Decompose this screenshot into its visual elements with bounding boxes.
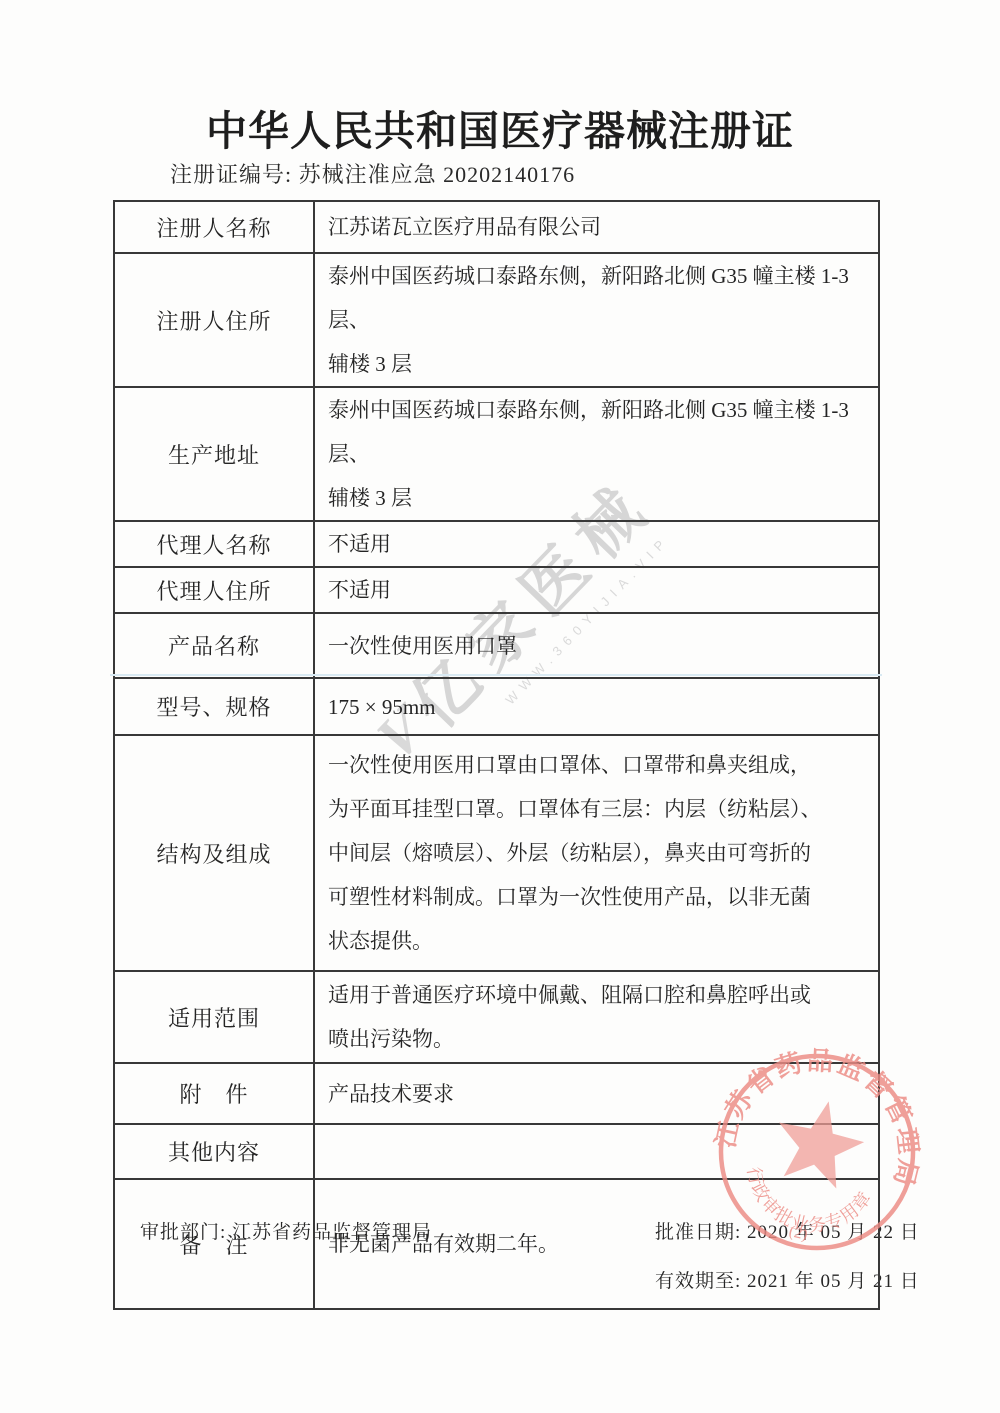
row-value-line: 175 × 95mm (328, 685, 868, 729)
row-label: 附 件 (114, 1063, 314, 1124)
row-value-line: 不适用 (328, 522, 868, 566)
row-label: 其他内容 (114, 1124, 314, 1179)
table-row: 注册人住所泰州中国医药城口泰路东侧，新阳路北侧 G35 幢主楼 1-3 层、辅楼… (114, 253, 879, 387)
document-title: 中华人民共和国医疗器械注册证 (0, 98, 1000, 157)
official-seal: 江苏省药品监督管理局 行政审批业务专用章 (2) (682, 1015, 952, 1285)
row-label: 代理人名称 (114, 521, 314, 567)
scan-artifact-line (110, 674, 882, 676)
row-value: 江苏诺瓦立医疗用品有限公司 (314, 201, 879, 253)
seal-star-icon (767, 1092, 871, 1193)
table-row: 结构及组成一次性使用医用口罩由口罩体、口罩带和鼻夹组成，为平面耳挂型口罩。口罩体… (114, 735, 879, 971)
row-value: 一次性使用医用口罩 (314, 613, 879, 678)
row-value-line: 泰州中国医药城口泰路东侧，新阳路北侧 G35 幢主楼 1-3 层、 (328, 388, 868, 476)
row-value-line: 一次性使用医用口罩由口罩体、口罩带和鼻夹组成， (328, 743, 868, 787)
row-value-line: 辅楼 3 层 (328, 476, 868, 520)
row-label: 注册人住所 (114, 253, 314, 387)
row-value-line: 辅楼 3 层 (328, 342, 868, 386)
row-value: 不适用 (314, 567, 879, 613)
row-value: 不适用 (314, 521, 879, 567)
row-label: 备 注 (114, 1179, 314, 1309)
row-value-line: 可塑性材料制成。口罩为一次性使用产品，以非无菌 (328, 875, 868, 919)
table-row: 代理人名称不适用 (114, 521, 879, 567)
certificate-page: { "document": { "title": "中华人民共和国医疗器械注册证… (0, 0, 1000, 1413)
row-value: 一次性使用医用口罩由口罩体、口罩带和鼻夹组成，为平面耳挂型口罩。口罩体有三层：内… (314, 735, 879, 971)
row-value: 泰州中国医药城口泰路东侧，新阳路北侧 G35 幢主楼 1-3 层、辅楼 3 层 (314, 387, 879, 521)
row-value: 泰州中国医药城口泰路东侧，新阳路北侧 G35 幢主楼 1-3 层、辅楼 3 层 (314, 253, 879, 387)
row-value-line: 状态提供。 (328, 919, 868, 963)
table-row: 代理人住所不适用 (114, 567, 879, 613)
row-value-line: 一次性使用医用口罩 (328, 624, 868, 668)
row-label: 生产地址 (114, 387, 314, 521)
table-row: 产品名称一次性使用医用口罩 (114, 613, 879, 678)
table-row: 生产地址泰州中国医药城口泰路东侧，新阳路北侧 G35 幢主楼 1-3 层、辅楼 … (114, 387, 879, 521)
table-row: 注册人名称江苏诺瓦立医疗用品有限公司 (114, 201, 879, 253)
row-value-line: 中间层（熔喷层）、外层（纺粘层），鼻夹由可弯折的 (328, 831, 868, 875)
row-value-line: 江苏诺瓦立医疗用品有限公司 (328, 205, 868, 249)
certificate-number: 注册证编号: 苏械注准应急 20202140176 (170, 158, 575, 189)
row-value-line: 泰州中国医药城口泰路东侧，新阳路北侧 G35 幢主楼 1-3 层、 (328, 254, 868, 342)
row-value-line: 适用于普通医疗环境中佩戴、阻隔口腔和鼻腔呼出或 (328, 973, 868, 1017)
row-label: 产品名称 (114, 613, 314, 678)
row-value-line: 为平面耳挂型口罩。口罩体有三层：内层（纺粘层）、 (328, 787, 868, 831)
row-label: 适用范围 (114, 971, 314, 1063)
row-label: 型号、规格 (114, 678, 314, 735)
row-label: 代理人住所 (114, 567, 314, 613)
table-row: 型号、规格175 × 95mm (114, 678, 879, 735)
row-value: 175 × 95mm (314, 678, 879, 735)
seal-number-text: (2) (787, 1223, 809, 1244)
row-value-line: 不适用 (328, 568, 868, 612)
row-label: 结构及组成 (114, 735, 314, 971)
row-label: 注册人名称 (114, 201, 314, 253)
